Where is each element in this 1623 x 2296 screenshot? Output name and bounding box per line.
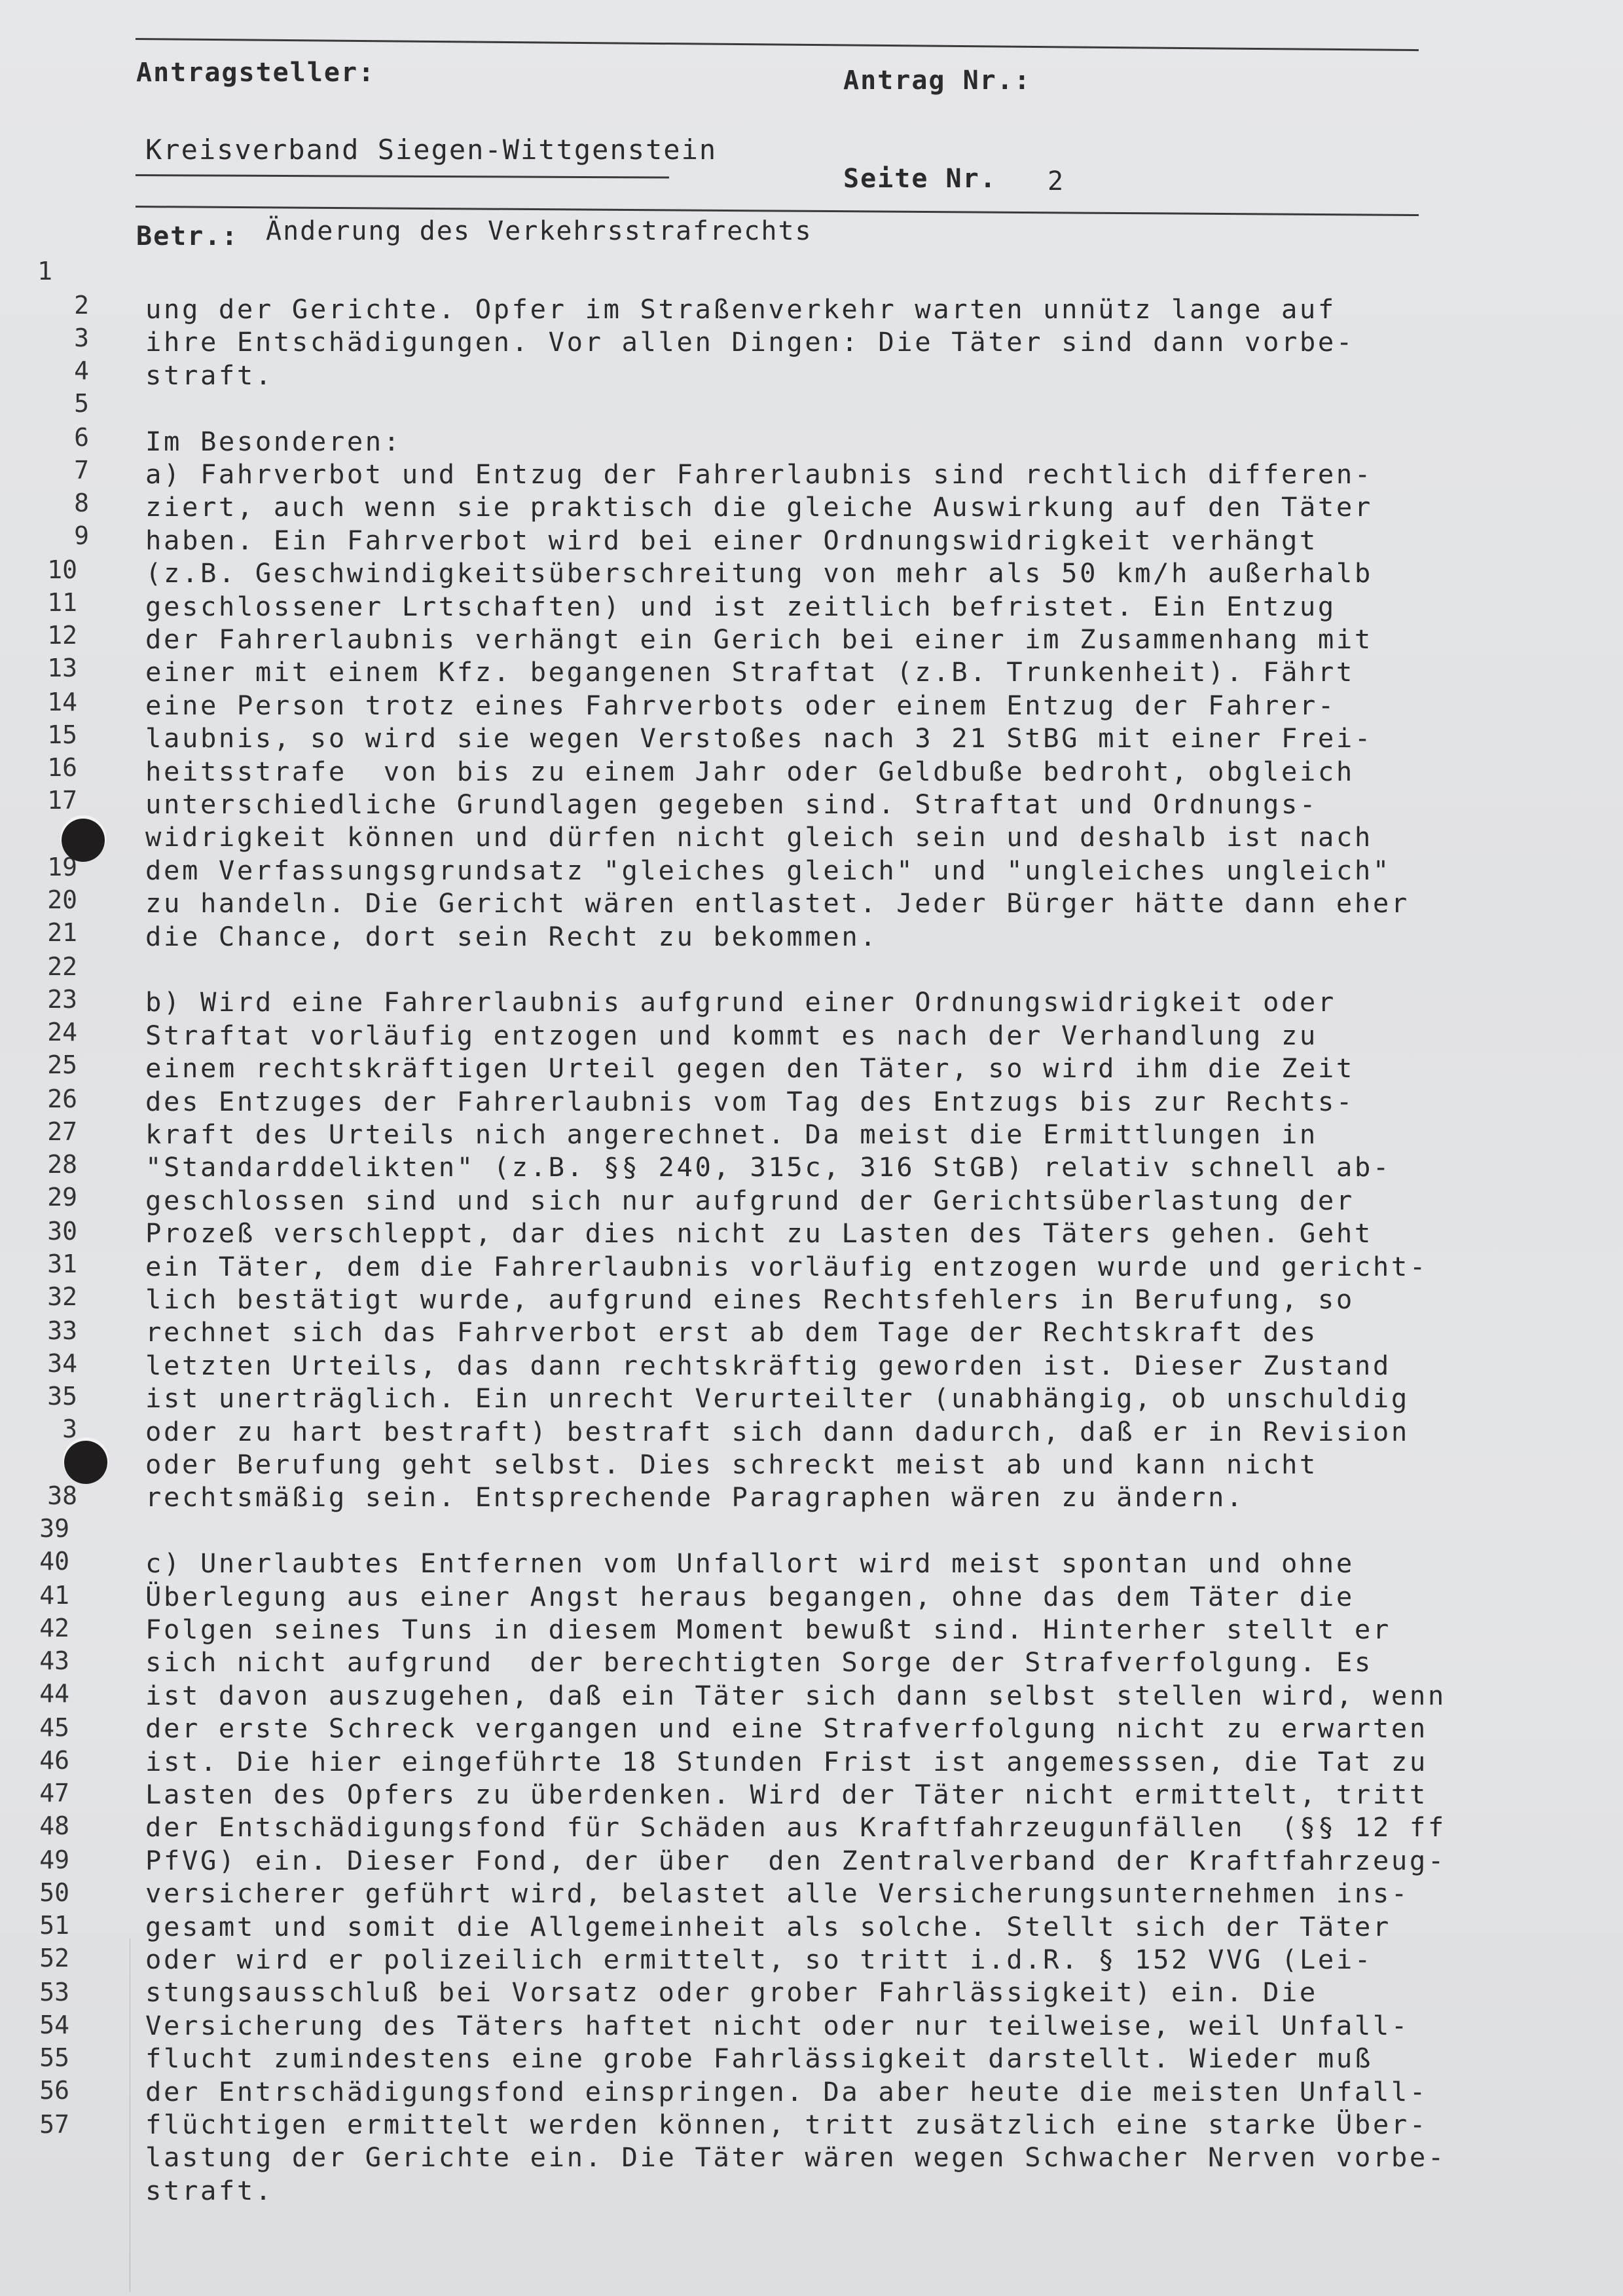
applicant-underline [136, 174, 669, 179]
body-line: ihre Entschädigungen. Vor allen Dingen: … [145, 326, 1355, 358]
body-line: geschlossener Lrtschaften) und ist zeitl… [145, 591, 1336, 622]
line-number: 7 [37, 456, 89, 485]
body-line: dem Verfassungsgrundsatz "gleiches gleic… [145, 855, 1391, 886]
body-line: (z.B. Geschwindigkeitsüberschreitung von… [145, 557, 1373, 589]
body-line: lastung der Gerichte ein. Die Täter wäre… [145, 2141, 1446, 2173]
line-number: 53 [17, 1978, 69, 2007]
line-number: 6 [37, 423, 89, 452]
line-number: 23 [25, 985, 77, 1014]
line-number: 12 [25, 621, 77, 650]
line-number: 47 [17, 1779, 69, 1807]
line-number: 34 [25, 1349, 77, 1378]
punch-hole-bottom [64, 1441, 107, 1484]
body-line: Straftat vorläufig entzogen und kommt es… [145, 1020, 1318, 1051]
punch-hole-top [62, 819, 105, 862]
line-number: 54 [17, 2010, 69, 2039]
applicant-value: Kreisverband Siegen-Wittgenstein [145, 134, 717, 166]
line-number: 26 [25, 1084, 77, 1113]
line-number: 14 [25, 688, 77, 716]
body-line: oder zu hart bestraft) bestraft sich dan… [145, 1416, 1410, 1447]
line-number: 44 [17, 1679, 69, 1708]
body-line: Versicherung des Täters haftet nicht ode… [145, 2010, 1410, 2041]
body-line: "Standarddelikten" (z.B. §§ 240, 315c, 3… [145, 1151, 1391, 1183]
body-line: straft. [145, 360, 274, 391]
line-number: 20 [25, 885, 77, 914]
body-line: oder Berufung geht selbst. Dies schreckt… [145, 1449, 1318, 1480]
line-number: 43 [17, 1646, 69, 1675]
line-number: 57 [17, 2110, 69, 2139]
body-line: lich bestätigt wurde, aufgrund eines Rec… [145, 1284, 1355, 1315]
line-number: 8 [37, 489, 89, 517]
page-number-value: 2 [1048, 166, 1065, 196]
body-line: ist unerträglich. Ein unrecht Verurteilt… [145, 1382, 1410, 1414]
line-number: 32 [25, 1282, 77, 1311]
line-number: 51 [17, 1911, 69, 1940]
line-number: 30 [25, 1217, 77, 1246]
body-line: straft. [145, 2175, 274, 2206]
body-line: flucht zumindestens eine grobe Fahrlässi… [145, 2043, 1373, 2074]
line-number: 13 [25, 654, 77, 682]
line-number: 31 [25, 1250, 77, 1278]
body-line: ist. Die hier eingeführte 18 Stunden Fri… [145, 1746, 1428, 1777]
body-line: geschlossen sind und sich nur aufgrund d… [145, 1185, 1355, 1216]
line-number: 28 [25, 1150, 77, 1179]
body-line: Überlegung aus einer Angst heraus begang… [145, 1581, 1355, 1612]
body-line: einem rechtskräftigen Urteil gegen den T… [145, 1052, 1355, 1084]
header-top-rule [136, 38, 1419, 51]
body-line: flüchtigen ermittelt werden können, trit… [145, 2109, 1428, 2140]
body-line: PfVG) ein. Dieser Fond, der über den Zen… [145, 1845, 1446, 1876]
line-number: 9 [37, 521, 89, 550]
body-line: Folgen seines Tuns in diesem Moment bewu… [145, 1614, 1391, 1645]
line-number: 50 [17, 1878, 69, 1907]
body-line: der Entrschädigungsfond einspringen. Da … [145, 2076, 1428, 2107]
body-line: einer mit einem Kfz. begangenen Straftat… [145, 656, 1355, 688]
body-line: b) Wird eine Fahrerlaubnis aufgrund eine… [145, 986, 1336, 1018]
subject-value: Änderung des Verkehrsstrafrechts [266, 216, 812, 246]
body-line: ist davon auszugehen, daß ein Täter sich… [145, 1680, 1446, 1711]
body-line: Lasten des Opfers zu überdenken. Wird de… [145, 1779, 1428, 1810]
line-number: 15 [25, 720, 77, 749]
body-line: Prozeß verschleppt, dar dies nicht zu La… [145, 1217, 1373, 1249]
body-line: des Entzuges der Fahrerlaubnis vom Tag d… [145, 1086, 1355, 1117]
body-line: ein Täter, dem die Fahrerlaubnis vorläuf… [145, 1251, 1428, 1282]
body-line: a) Fahrverbot und Entzug der Fahrerlaubn… [145, 458, 1373, 490]
line-number: 3 [25, 1415, 77, 1443]
line-number: 10 [25, 555, 77, 584]
line-number: 41 [17, 1581, 69, 1610]
body-line: zu handeln. Die Gericht wären entlastet.… [145, 887, 1410, 919]
line-number: 21 [25, 918, 77, 947]
line-number: 1 [0, 257, 52, 286]
line-number: 5 [37, 389, 89, 418]
line-number: 17 [25, 786, 77, 815]
line-number: 38 [25, 1481, 77, 1510]
line-number: 27 [25, 1117, 77, 1146]
line-number: 25 [25, 1050, 77, 1079]
line-number: 3 [37, 324, 89, 352]
body-line: der Fahrerlaubnis verhängt ein Gerich be… [145, 623, 1373, 655]
body-line: sich nicht aufgrund der berechtigten Sor… [145, 1646, 1373, 1678]
line-number: 2 [37, 291, 89, 320]
body-line: eine Person trotz eines Fahrverbots oder… [145, 690, 1336, 721]
body-line: stungsausschluß bei Vorsatz oder grober … [145, 1976, 1318, 2008]
applicant-label: Antragsteller: [136, 58, 375, 88]
line-number: 40 [17, 1547, 69, 1576]
body-line: laubnis, so wird sie wegen Verstoßes nac… [145, 722, 1373, 754]
body-line: versicherer geführt wird, belastet alle … [145, 1878, 1410, 1909]
body-line: unterschiedliche Grundlagen gegeben sind… [145, 788, 1318, 820]
body-line: heitsstrafe von bis zu einem Jahr oder G… [145, 756, 1355, 787]
header-bottom-rule [136, 206, 1419, 216]
body-line: die Chance, dort sein Recht zu bekommen. [145, 921, 878, 952]
line-number: 46 [17, 1746, 69, 1775]
body-line: letzten Urteils, das dann rechtskräftig … [145, 1350, 1391, 1381]
body-line: rechnet sich das Fahrverbot erst ab dem … [145, 1316, 1318, 1348]
body-line: rechtsmäßig sein. Entsprechende Paragrap… [145, 1481, 1245, 1513]
line-number: 48 [17, 1811, 69, 1840]
body-line: der Entschädigungsfond für Schäden aus K… [145, 1811, 1446, 1843]
body-line: der erste Schreck vergangen und eine Str… [145, 1713, 1428, 1744]
line-number: 4 [37, 356, 89, 385]
document-page: Antragsteller: Antrag Nr.: Kreisverband … [0, 0, 1623, 2296]
line-number: 29 [25, 1183, 77, 1212]
motion-number-label: Antrag Nr.: [843, 65, 1031, 96]
margin-line [130, 1938, 130, 2292]
body-line: ung der Gerichte. Opfer im Straßenverkeh… [145, 293, 1336, 325]
line-number: 33 [25, 1316, 77, 1345]
line-number: 55 [17, 2043, 69, 2072]
line-number: 11 [25, 588, 77, 617]
line-number: 35 [25, 1382, 77, 1411]
line-number: 24 [25, 1018, 77, 1046]
line-number: 52 [17, 1944, 69, 1972]
line-number: 45 [17, 1713, 69, 1742]
body-line: ziert, auch wenn sie praktisch die gleic… [145, 491, 1373, 523]
body-line: c) Unerlaubtes Entfernen vom Unfallort w… [145, 1547, 1355, 1579]
line-number: 39 [17, 1514, 69, 1543]
body-line: Im Besonderen: [145, 426, 402, 457]
page-number-label: Seite Nr. [843, 164, 997, 194]
body-line: widrigkeit können und dürfen nicht gleic… [145, 821, 1373, 853]
body-line: oder wird er polizeilich ermittelt, so t… [145, 1944, 1373, 1975]
line-number: 22 [25, 952, 77, 981]
body-line: gesamt und somit die Allgemeinheit als s… [145, 1911, 1391, 1942]
line-number: 16 [25, 753, 77, 782]
subject-label: Betr.: [136, 221, 239, 251]
body-line: kraft des Urteils nich angerechnet. Da m… [145, 1119, 1318, 1150]
body-line: haben. Ein Fahrverbot wird bei einer Ord… [145, 525, 1318, 556]
line-number: 42 [17, 1614, 69, 1642]
line-number: 49 [17, 1845, 69, 1874]
line-number: 56 [17, 2076, 69, 2105]
